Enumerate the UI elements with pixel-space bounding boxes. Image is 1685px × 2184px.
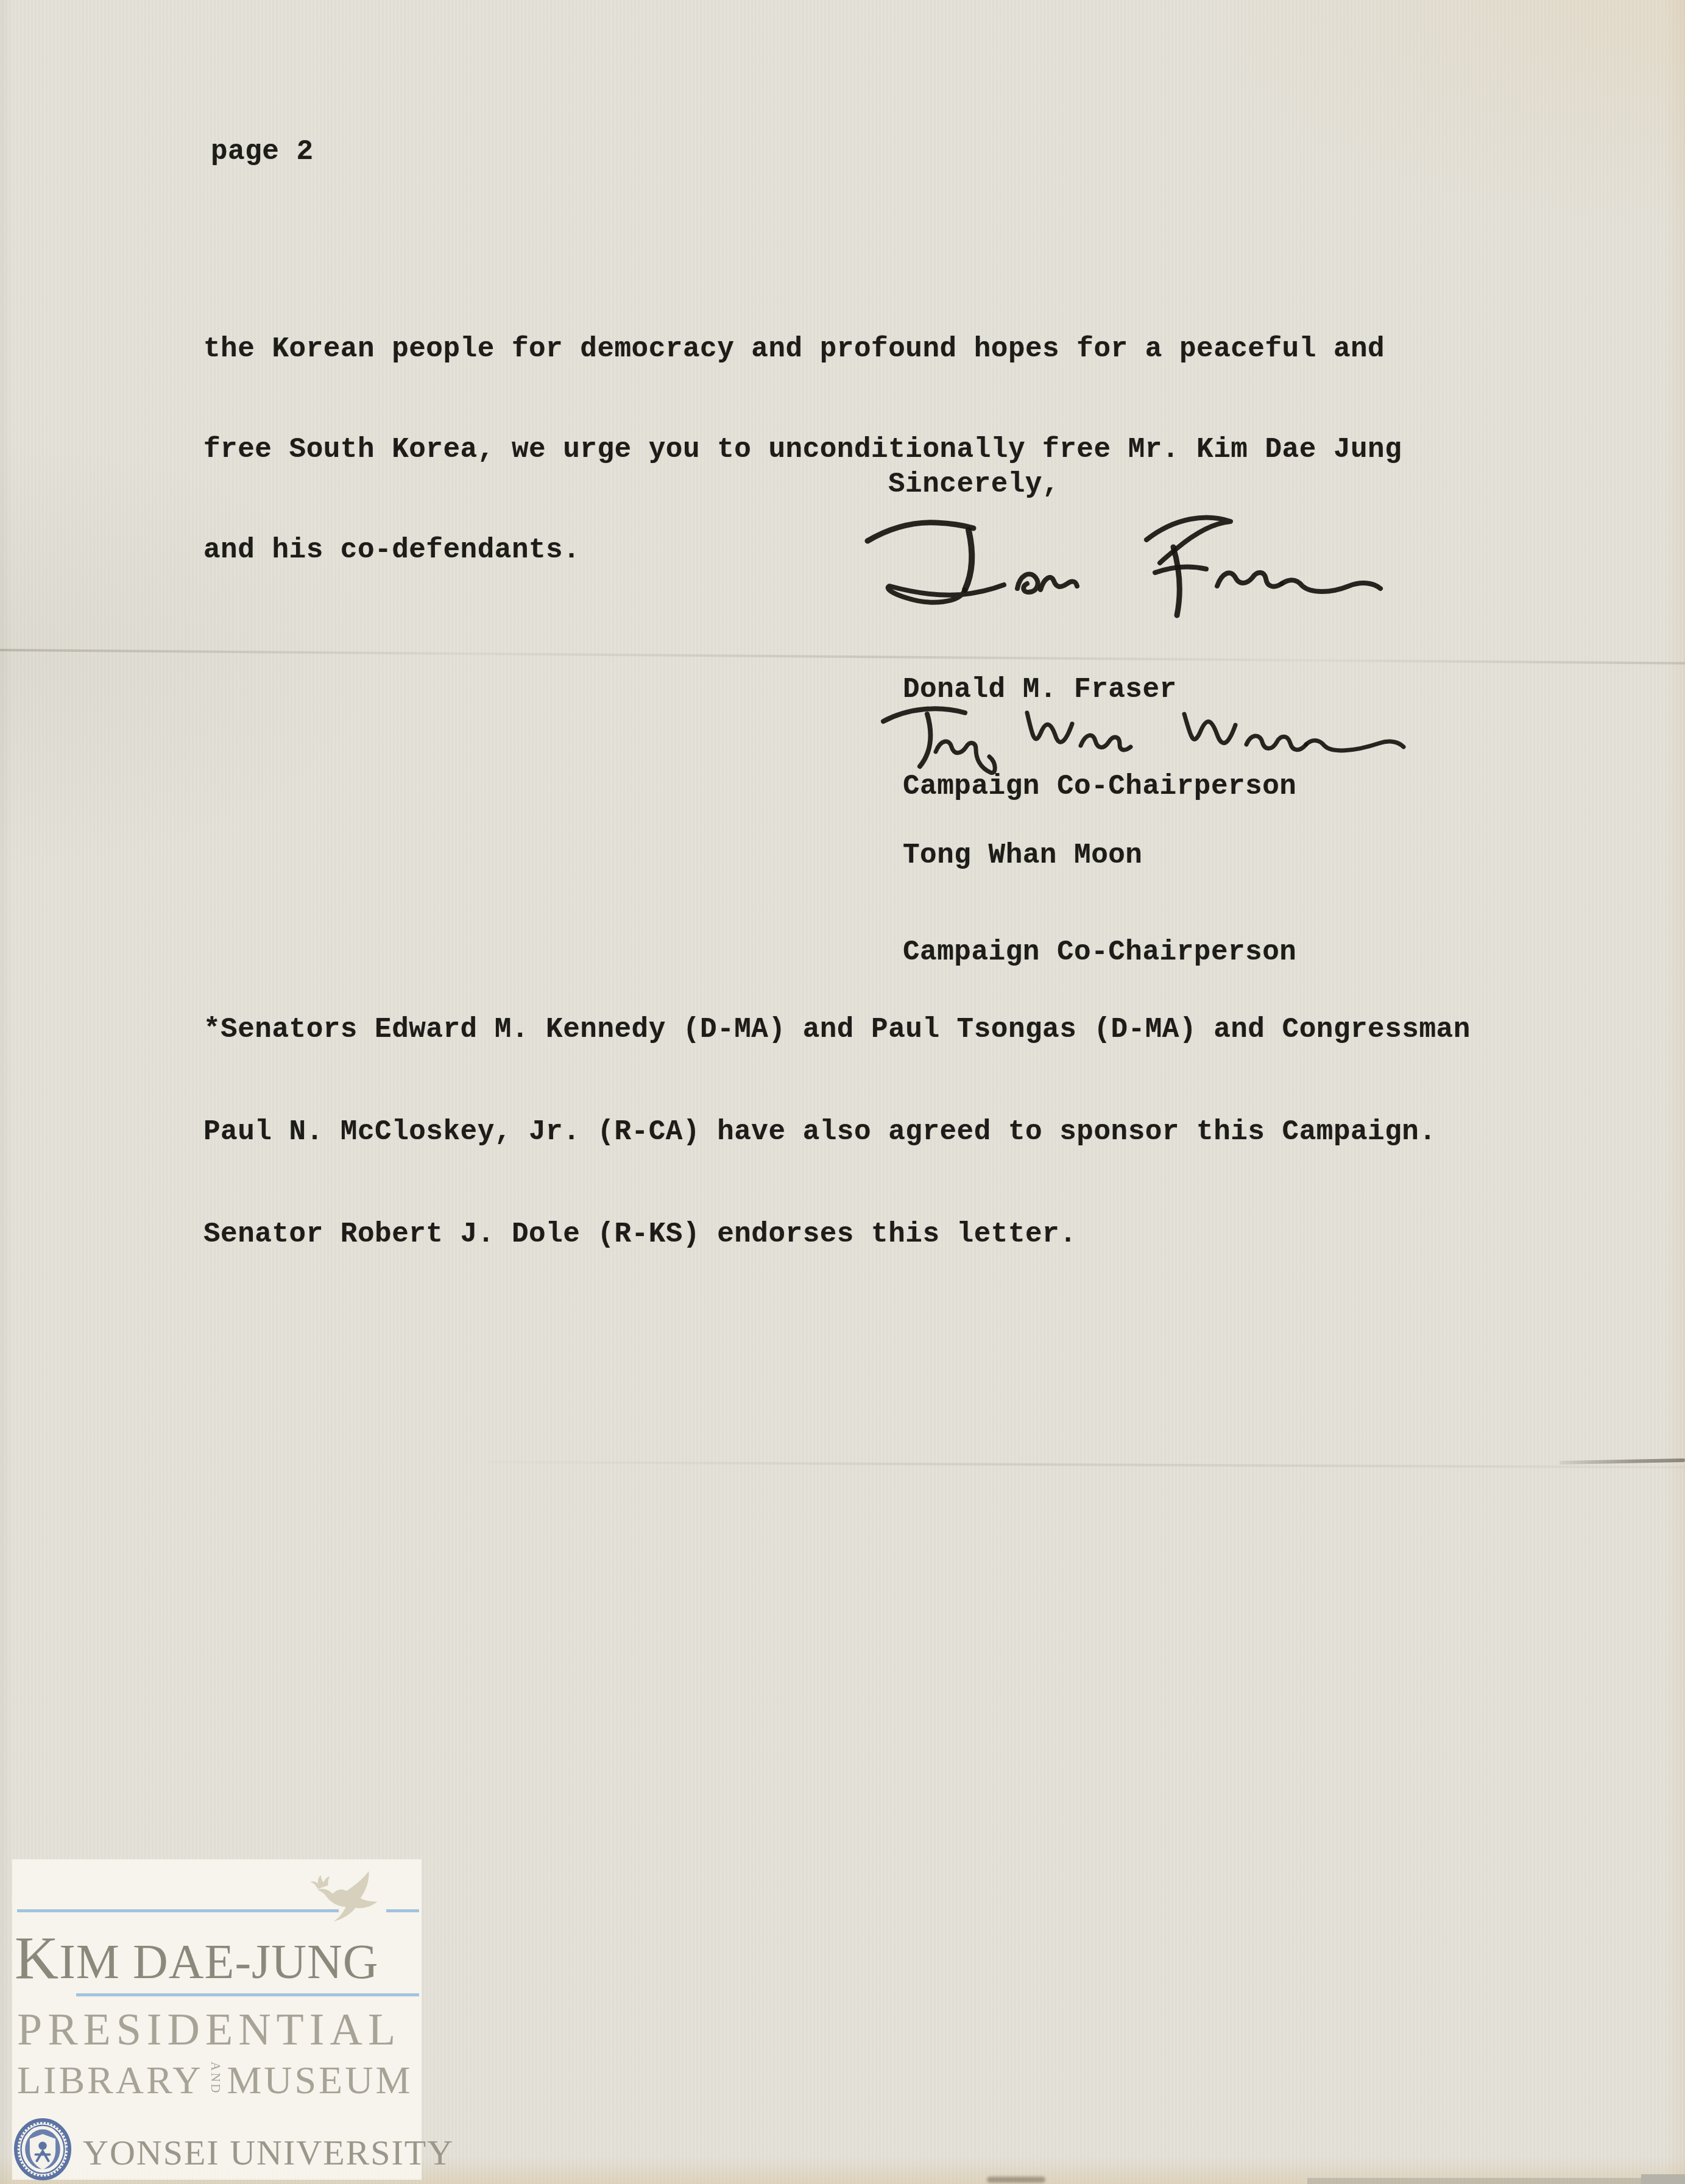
library-watermark-panel: KIM DAE-JUNG PRESIDENTIAL LIBRARY AND MU… bbox=[12, 1859, 422, 2180]
watermark-top-rule-right bbox=[386, 1909, 419, 1912]
scan-edge-smudge bbox=[987, 2177, 1045, 2183]
fold-crease-dark-mark bbox=[1560, 1458, 1685, 1465]
signer-2-name: Tong Whan Moon bbox=[903, 839, 1296, 872]
scan-edge-band bbox=[1307, 2178, 1685, 2184]
watermark-subtitle: PRESIDENTIAL bbox=[17, 2006, 401, 2054]
watermark-museum: MUSEUM bbox=[227, 2059, 412, 2102]
tong-whan-moon-signature bbox=[875, 686, 1417, 777]
dove-olive-branch-icon bbox=[309, 1868, 390, 1921]
footnote-line: Paul N. McCloskey, Jr. (R-CA) have also … bbox=[203, 1115, 1471, 1149]
yonsei-university-seal-icon bbox=[13, 2118, 72, 2181]
body-line: the Korean people for democracy and prof… bbox=[203, 333, 1402, 366]
horizontal-fold-crease-upper bbox=[0, 649, 1685, 665]
page-number-label: page 2 bbox=[211, 135, 314, 169]
scanned-letter-page: page 2 the Korean people for democracy a… bbox=[0, 0, 1685, 2184]
sponsors-footnote: *Senators Edward M. Kennedy (D-MA) and P… bbox=[203, 944, 1471, 1320]
watermark-and: AND bbox=[208, 2062, 223, 2095]
footnote-line: Senator Robert J. Dole (R-KS) endorses t… bbox=[203, 1217, 1471, 1251]
watermark-library: LIBRARY bbox=[17, 2059, 203, 2102]
watermark-top-rule-left bbox=[17, 1909, 339, 1912]
watermark-title: KIM DAE-JUNG bbox=[15, 1926, 422, 1994]
don-fraser-signature bbox=[858, 500, 1388, 618]
body-line: free South Korea, we urge you to uncondi… bbox=[203, 433, 1402, 467]
horizontal-fold-crease-lower bbox=[487, 1461, 1685, 1469]
watermark-university: YONSEI UNIVERSITY bbox=[83, 2133, 454, 2172]
closing-salutation: Sincerely, bbox=[888, 468, 1059, 501]
watermark-mid-rule bbox=[76, 1993, 419, 1996]
watermark-library-museum-row: LIBRARY AND MUSEUM bbox=[17, 2059, 412, 2102]
scan-corner-strip bbox=[1641, 2174, 1685, 2184]
footnote-line: *Senators Edward M. Kennedy (D-MA) and P… bbox=[203, 1012, 1471, 1047]
